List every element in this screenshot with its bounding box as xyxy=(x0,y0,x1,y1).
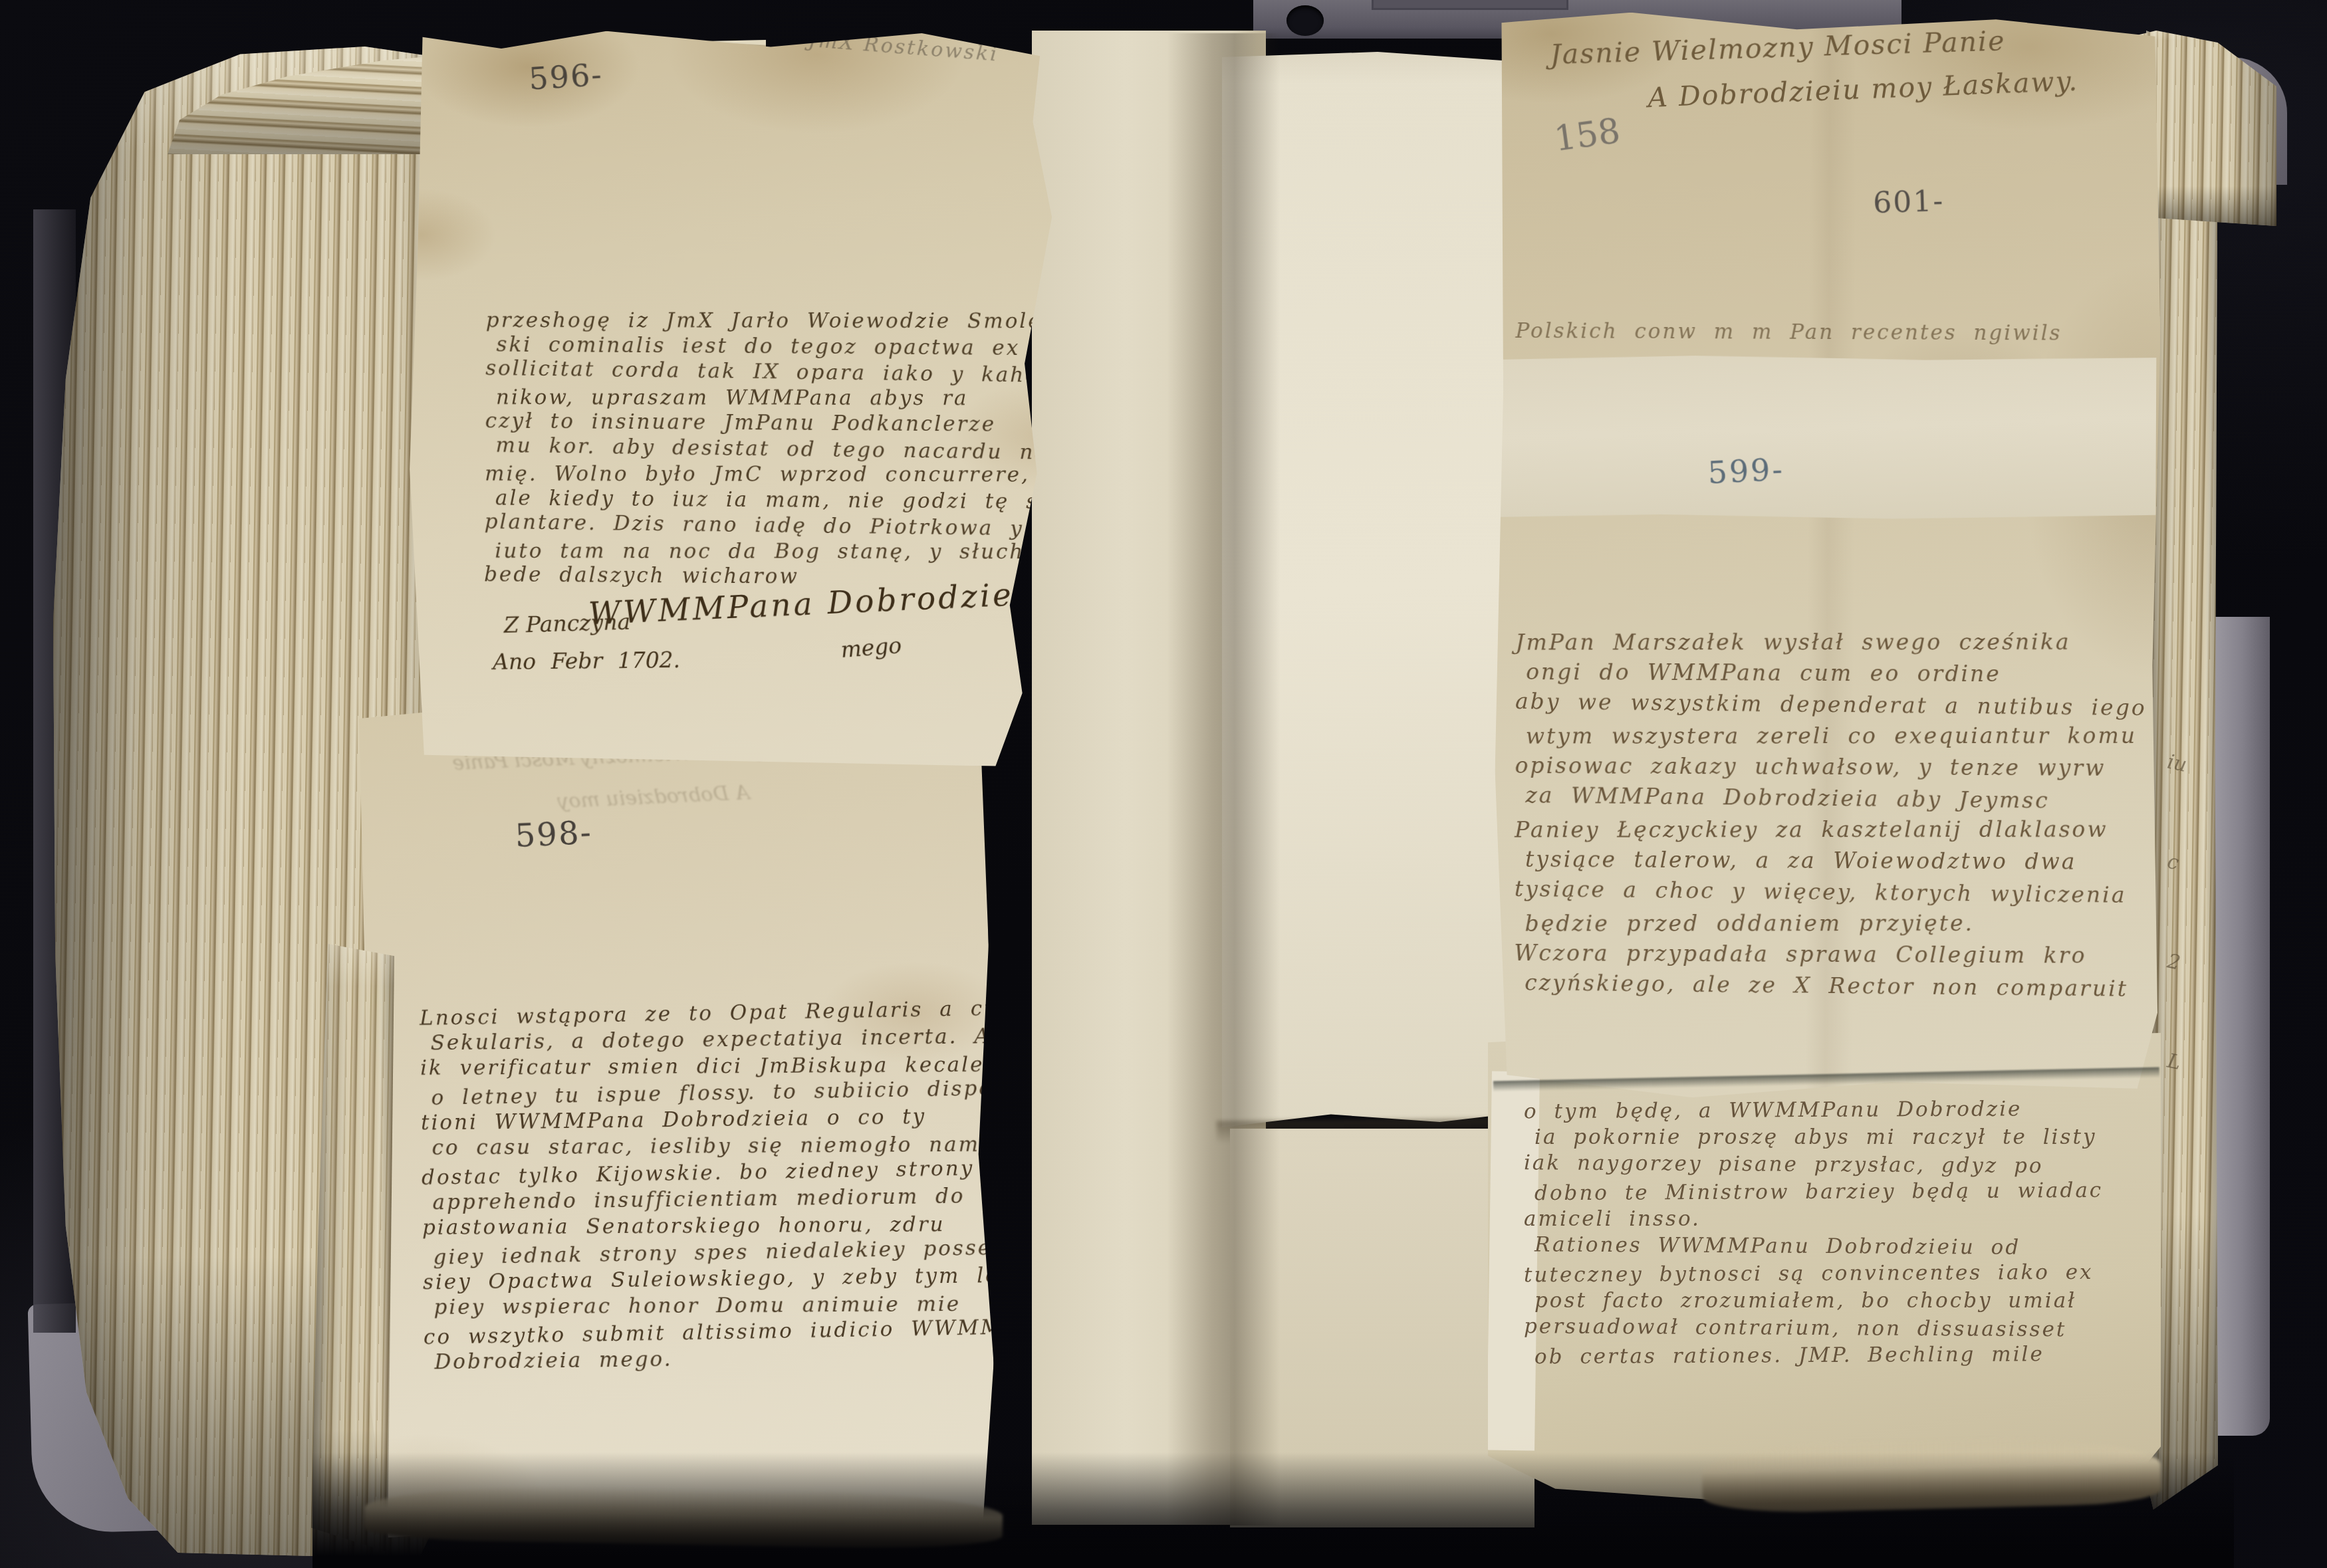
handwritten-line: opisowac zakazy uchwałsow, y tenze wyrw xyxy=(1515,750,2147,784)
handwritten-line: iak naygorzey pisane przysłac, gdyz po xyxy=(1524,1149,2103,1180)
left-page-letter-598: Jasnie Wielmozny Mosci PanieA Dobrodziei… xyxy=(352,694,995,1538)
handwritten-line: aby we wszystkim dependerat a nutibus ie… xyxy=(1515,685,2147,723)
handwritten-line: będzie przed oddaniem przyięte. xyxy=(1525,907,2146,939)
right-page-letter-599: Jasnie Wielmozny Mosci Panie A Dobrodzie… xyxy=(1493,12,2161,1099)
handwritten-line: ongi do WMMPana cum eo ordine xyxy=(1526,656,2147,690)
handwritten-line: ia pokornie proszę abys mi raczył te lis… xyxy=(1534,1124,2103,1151)
cover-hole xyxy=(1286,5,1324,36)
handwritten-line: o tym będę, a WWMMPanu Dobrodzie xyxy=(1524,1095,2103,1126)
handwritten-line: przeshogę iz JmX Jarło Woiewodzie Smolen xyxy=(486,308,1070,334)
handwritten-line: dobno te Ministrow barziey będą u wiadac xyxy=(1534,1177,2103,1207)
handwritten-line: Wczora przypadała sprawa Collegium kro xyxy=(1514,937,2145,971)
handwritten-line: iuto tam na noc da Bog stanę, y słuchac xyxy=(495,538,1068,564)
folio-number-601: 601- xyxy=(1873,184,1945,220)
place-line: Z Panczyna xyxy=(503,609,631,638)
folio-number-596: 596- xyxy=(528,56,604,97)
handwritten-line: tysiące talerow, a za Woiewodztwo dwa xyxy=(1525,843,2146,877)
cover-notch xyxy=(1372,0,1568,10)
manuscript-photo: Jasnie Wielmozny Mosci PanieA Dobrodziei… xyxy=(0,0,2327,1568)
letter-text-block: przeshogę iz JmX Jarło Woiewodzie Smolen… xyxy=(484,306,1070,592)
handwritten-line: ob certas rationes. JMP. Bechling mile xyxy=(1534,1341,2103,1371)
handwritten-line: post facto zrozumiałem, bo chocby umiał xyxy=(1534,1288,2103,1315)
salutation-line-1: Jasnie Wielmozny Mosci Panie xyxy=(1550,25,2006,70)
handwritten-line: tuteczney bytnosci są convincentes iako … xyxy=(1524,1259,2103,1289)
gutter-shadow xyxy=(1167,33,1280,1525)
letter-text-block: JmPan Marszałek wysłał swego cześnikaong… xyxy=(1514,625,2147,1002)
handwritten-line: tysiące a choc y więcey, ktorych wylicze… xyxy=(1515,873,2146,911)
handwritten-line: wtym wszystera zereli co exequiantur kom… xyxy=(1526,720,2147,752)
letter-text-block: o tym będę, a WWMMPanu Dobrodzieia pokor… xyxy=(1524,1097,2103,1369)
bottom-shadow xyxy=(312,1452,2234,1568)
handwritten-line: za WMMPana Dobrodzieia aby Jeymsc xyxy=(1525,779,2146,817)
salutation-line-2: A Dobrodzieiu moy Łaskawy. xyxy=(1647,65,2079,114)
archival-note: JmX Rostkowski xyxy=(808,29,999,66)
handwritten-line: persuadował contrarium, non dissuasisset xyxy=(1524,1313,2103,1343)
handwritten-line: Rationes WWMMPanu Dobrodzieiu od xyxy=(1534,1231,2103,1262)
handwritten-line: nikow, upraszam WMMPana abys ra xyxy=(496,384,1070,411)
handwritten-line: amiceli insso. xyxy=(1524,1206,2103,1233)
letter-text-block: Lnosci wstąpora ze to Opat Regularis a c… xyxy=(420,996,1020,1376)
handwritten-line: mię. Wolno było JmC wprzod concurrere, xyxy=(485,461,1069,488)
folio-number-598: 598- xyxy=(515,814,593,854)
handwritten-line: czyńskiego, ale ze X Rector non comparui… xyxy=(1525,966,2145,1004)
date-line: Ano Febr 1702. xyxy=(493,647,680,675)
handwritten-line: JmPan Marszałek wysłał swego cześnika xyxy=(1515,626,2147,658)
folio-number-158: 158 xyxy=(1552,111,1622,160)
fore-edge-ink-fragments: iuc2L xyxy=(2159,751,2179,1150)
overlapping-blank-slip: 599- xyxy=(1496,355,2156,520)
signature-suffix: mego xyxy=(840,632,903,663)
folio-number-599: 599- xyxy=(1707,451,1785,491)
handwritten-line: Paniey Łęczyckiey za kasztelanij dlaklas… xyxy=(1515,814,2146,845)
left-page-letter-596: JmX Rostkowski 596- przeshogę iz JmX Jar… xyxy=(404,30,1066,767)
partially-covered-line: Polskich conw m m Pan recentes ngiwils xyxy=(1515,319,2062,346)
